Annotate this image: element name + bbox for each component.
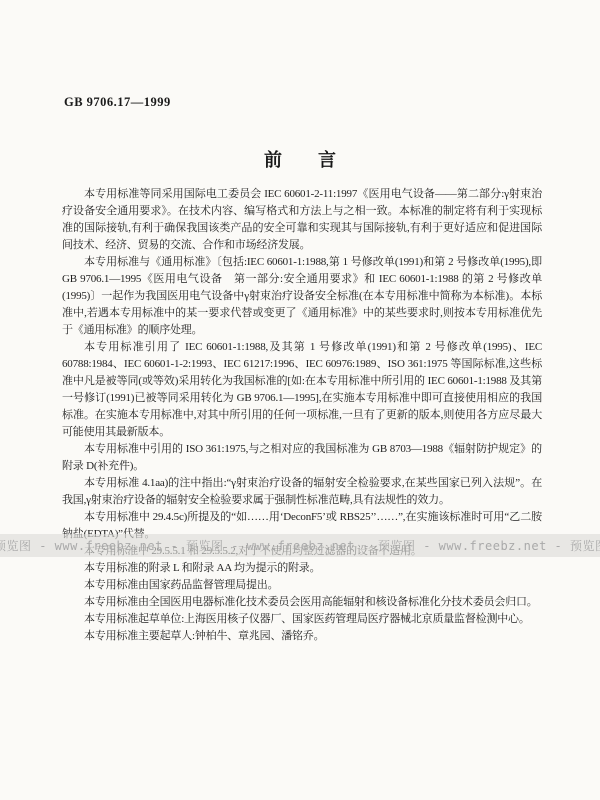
watermark-band: 预览图 - www.freebz.net - 预览图 - www.freebz.… <box>0 534 600 557</box>
paragraph: 本专用标准主要起草人:钟柏牛、章兆园、潘铭乔。 <box>62 628 542 645</box>
paragraph: 本专用标准起草单位:上海医用核子仪器厂、国家医药管理局医疗器械北京质量监督检测中… <box>62 611 542 628</box>
paragraph: 本专用标准由全国医用电器标准化技术委员会医用高能辐射和核设备标准化分技术委员会归… <box>62 594 542 611</box>
paragraph: 本专用标准 4.1aa)的注中指出:“γ射束治疗设备的辐射安全检验要求,在某些国… <box>62 475 542 509</box>
foreword-body: 本专用标准等同采用国际电工委员会 IEC 60601-2-11:1997《医用电… <box>62 186 542 645</box>
paragraph: 本专用标准中引用的 ISO 361:1975,与之相对应的我国标准为 GB 87… <box>62 441 542 475</box>
page-title: 前 言 <box>0 146 600 172</box>
paragraph: 本专用标准与《通用标准》〔包括:IEC 60601-1:1988,第 1 号修改… <box>62 254 542 339</box>
paragraph: 本专用标准等同采用国际电工委员会 IEC 60601-2-11:1997《医用电… <box>62 186 542 254</box>
standard-number: GB 9706.17—1999 <box>64 95 171 110</box>
paragraph: 本专用标准引用了 IEC 60601-1:1988,及其第 1 号修改单(199… <box>62 339 542 441</box>
paragraph: 本专用标准由国家药品监督管理局提出。 <box>62 577 542 594</box>
watermark-text: 预览图 - www.freebz.net - 预览图 - www.freebz.… <box>0 537 600 554</box>
paragraph: 本专用标准的附录 L 和附录 AA 均为提示的附录。 <box>62 560 542 577</box>
